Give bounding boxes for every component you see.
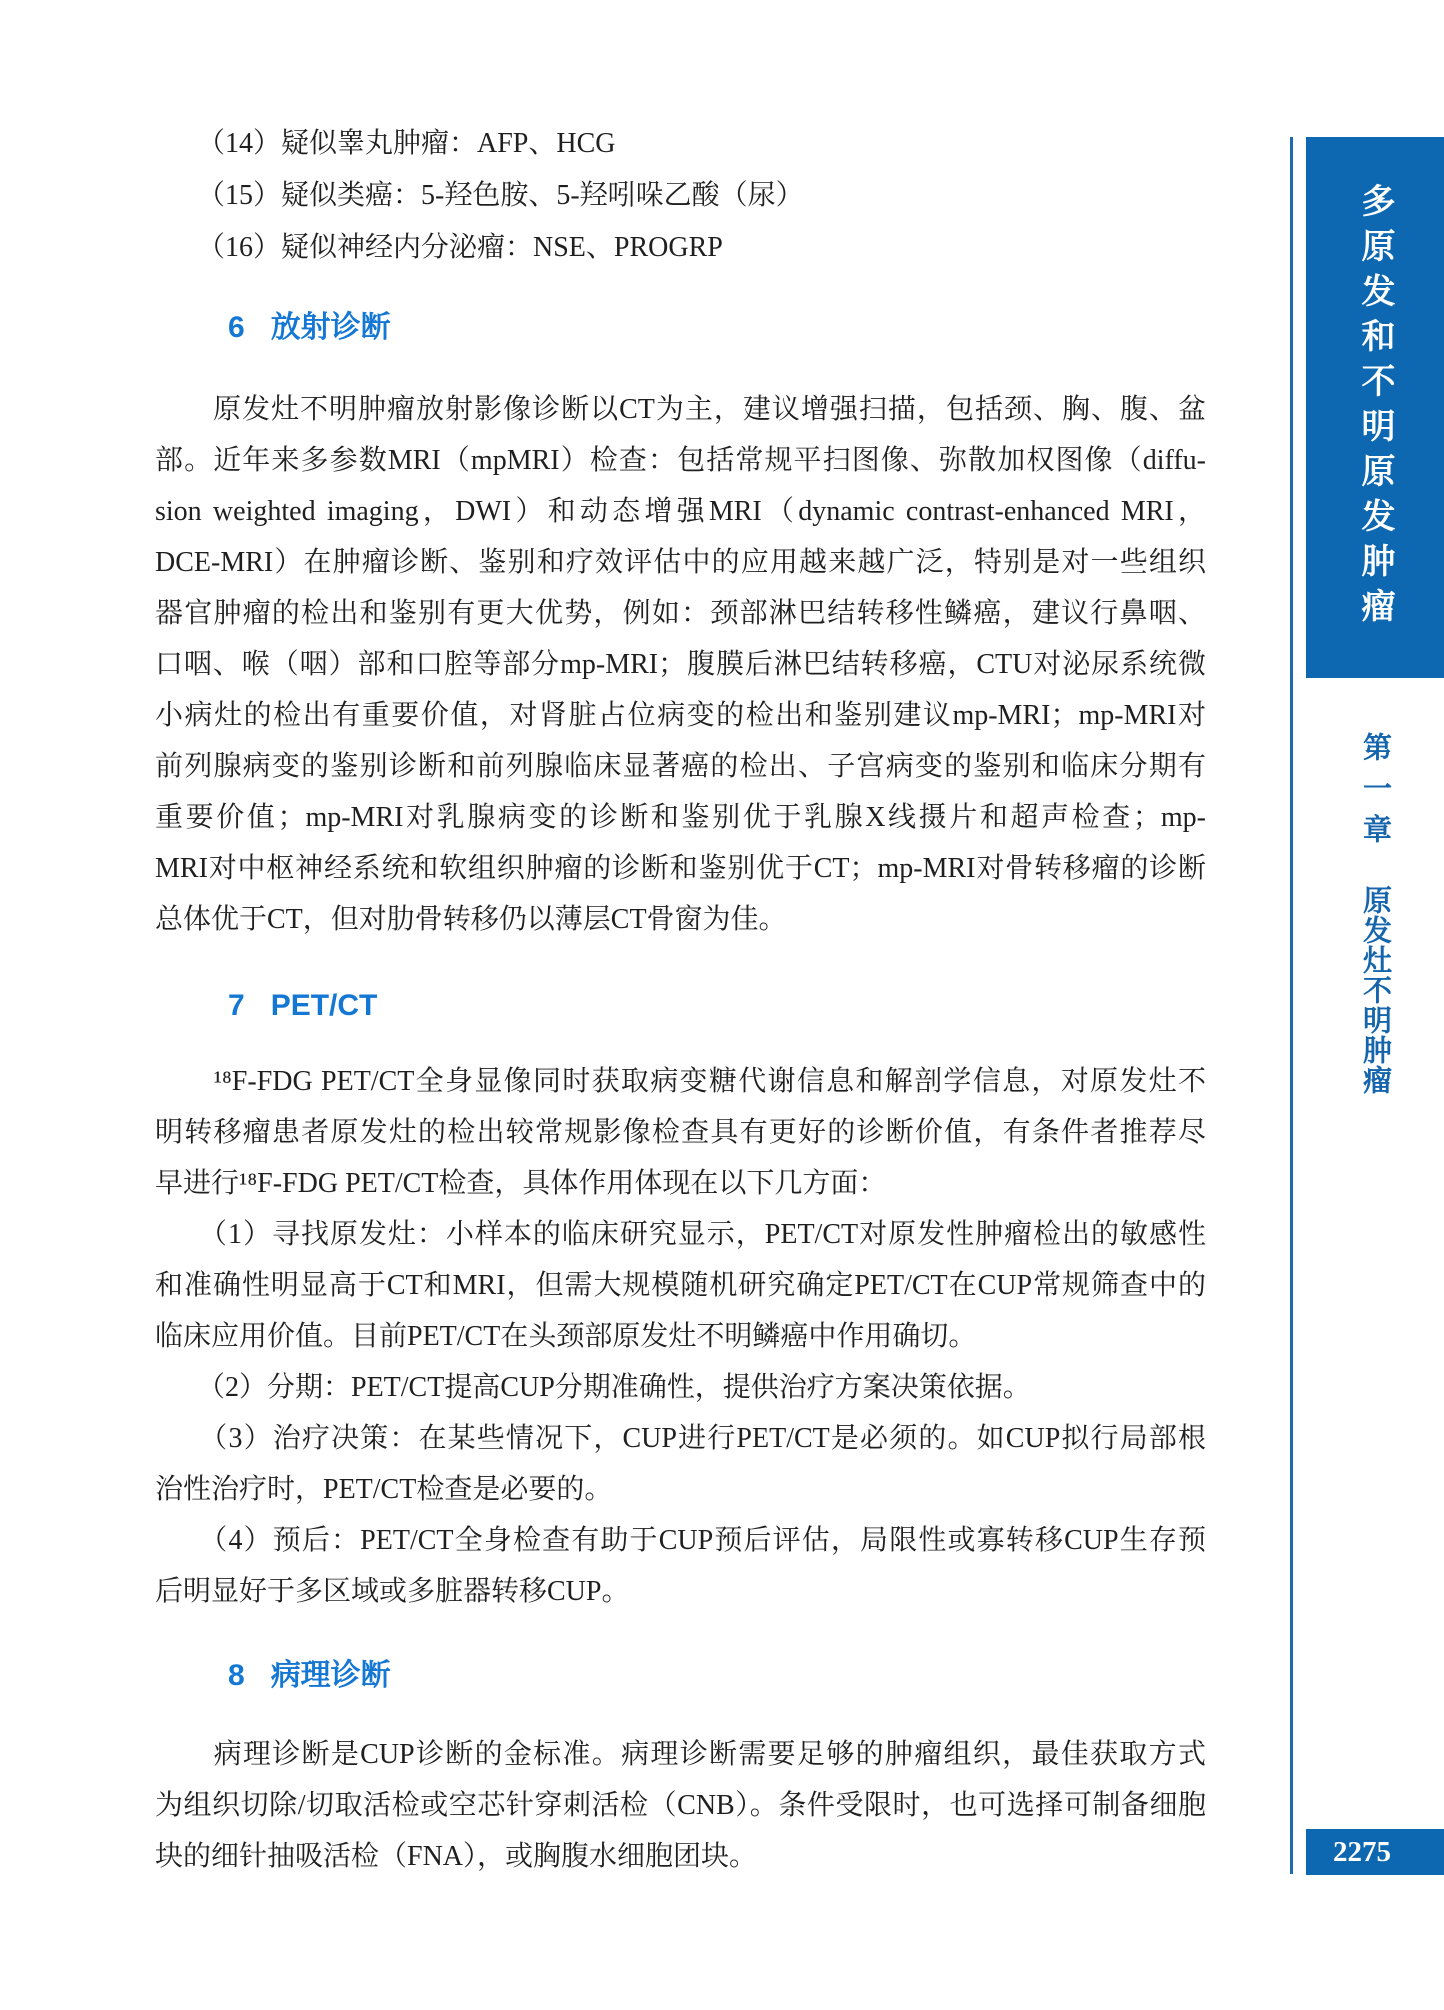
section-heading-pathology: 8病理诊断: [228, 1654, 391, 1698]
text-line: MRI对中枢神经系统和软组织肿瘤的诊断和鉴别优于CT；mp-MRI对骨转移瘤的诊…: [155, 843, 1206, 894]
text-line: 明转移瘤患者原发灶的检出较常规影像检查具有更好的诊断价值，有条件者推荐尽: [155, 1107, 1206, 1158]
section-title: 放射诊断: [271, 311, 391, 344]
text-line: （4）预后：PET/CT全身检查有助于CUP预后评估，局限性或寡转移CUP生存预: [155, 1515, 1206, 1566]
book-page: （14）疑似睾丸肿瘤：AFP、HCG （15）疑似类癌：5-羟色胺、5-羟吲哚乙…: [0, 0, 1444, 2010]
text-line: （3）治疗决策：在某些情况下，CUP进行PET/CT是必须的。如CUP拟行局部根: [155, 1413, 1206, 1464]
text-line: 重要价值；mp-MRI对乳腺病变的诊断和鉴别优于乳腺X线摄片和超声检查；mp-: [155, 792, 1206, 843]
text-line: 临床应用价值。目前PET/CT在头颈部原发灶不明鳞癌中作用确切。: [155, 1311, 1206, 1362]
text-line: （1）寻找原发灶：小样本的临床研究显示，PET/CT对原发性肿瘤检出的敏感性: [155, 1209, 1206, 1260]
text-line: 器官肿瘤的检出和鉴别有更大优势，例如：颈部淋巴结转移性鳞癌，建议行鼻咽、: [155, 588, 1206, 639]
list-item: （15）疑似类癌：5-羟色胺、5-羟吲哚乙酸（尿）: [155, 170, 1206, 222]
section-heading-radiology: 6放射诊断: [228, 306, 391, 350]
text-line: 治性治疗时，PET/CT检查是必要的。: [155, 1464, 1206, 1515]
chapter-sidebar: 第一章原发灶不明肿瘤: [1306, 732, 1444, 1095]
book-title-banner: 多原发和不明原发肿瘤: [1306, 137, 1444, 678]
section-title: 病理诊断: [271, 1659, 391, 1692]
chapter-vertical-text: 第一章原发灶不明肿瘤: [1355, 732, 1395, 1095]
section-pathology-paragraph: 病理诊断是CUP诊断的金标准。病理诊断需要足够的肿瘤组织，最佳获取方式 为组织切…: [155, 1729, 1206, 1882]
section-number: 7: [228, 984, 245, 1028]
list-item: （14）疑似睾丸肿瘤：AFP、HCG: [155, 118, 1206, 170]
text-line: 和准确性明显高于CT和MRI，但需大规模随机研究确定PET/CT在CUP常规筛查…: [155, 1260, 1206, 1311]
text-line: 原发灶不明肿瘤放射影像诊断以CT为主，建议增强扫描，包括颈、胸、腹、盆: [155, 384, 1206, 435]
section-number: 6: [228, 306, 245, 350]
text-line: DCE-MRI）在肿瘤诊断、鉴别和疗效评估中的应用越来越广泛，特别是对一些组织: [155, 537, 1206, 588]
text-line: 病理诊断是CUP诊断的金标准。病理诊断需要足够的肿瘤组织，最佳获取方式: [155, 1729, 1206, 1780]
book-title-vertical-text: 多原发和不明原发肿瘤: [1306, 183, 1444, 633]
text-line: 后明显好于多区域或多脏器转移CUP。: [155, 1566, 1206, 1617]
text-line: ¹⁸F-FDG PET/CT全身显像同时获取病变糖代谢信息和解剖学信息，对原发灶…: [155, 1056, 1206, 1107]
text-line: 总体优于CT，但对肋骨转移仍以薄层CT骨窗为佳。: [155, 894, 1206, 945]
text-line: sion weighted imaging，DWI）和动态增强MRI（dynam…: [155, 486, 1206, 537]
text-line: 部。近年来多参数MRI（mpMRI）检查：包括常规平扫图像、弥散加权图像（dif…: [155, 435, 1206, 486]
section-petct-paragraph: ¹⁸F-FDG PET/CT全身显像同时获取病变糖代谢信息和解剖学信息，对原发灶…: [155, 1056, 1206, 1617]
text-line: 前列腺病变的鉴别诊断和前列腺临床显著癌的检出、子宫病变的鉴别和临床分期有: [155, 741, 1206, 792]
section-number: 8: [228, 1654, 245, 1698]
text-line: 为组织切除/切取活检或空芯针穿刺活检（CNB）。条件受限时，也可选择可制备细胞: [155, 1780, 1206, 1831]
sidebar-vertical-rule: [1290, 137, 1293, 1874]
list-item: （16）疑似神经内分泌瘤：NSE、PROGRP: [155, 222, 1206, 274]
text-line: 小病灶的检出有重要价值，对肾脏占位病变的检出和鉴别建议mp-MRI；mp-MRI…: [155, 690, 1206, 741]
chapter-label: 第一章: [1359, 732, 1391, 855]
text-line: 口咽、喉（咽）部和口腔等部分mp-MRI；腹膜后淋巴结转移癌，CTU对泌尿系统微: [155, 639, 1206, 690]
text-line: 早进行¹⁸F-FDG PET/CT检查，具体作用体现在以下几方面：: [155, 1158, 1206, 1209]
section-heading-petct: 7PET/CT: [228, 984, 377, 1028]
section-title: PET/CT: [271, 989, 378, 1022]
text-line: （2）分期：PET/CT提高CUP分期准确性，提供治疗方案决策依据。: [155, 1362, 1206, 1413]
page-number-badge: 2275: [1306, 1829, 1444, 1875]
section-radiology-paragraph: 原发灶不明肿瘤放射影像诊断以CT为主，建议增强扫描，包括颈、胸、腹、盆 部。近年…: [155, 384, 1206, 945]
marker-list: （14）疑似睾丸肿瘤：AFP、HCG （15）疑似类癌：5-羟色胺、5-羟吲哚乙…: [155, 118, 1206, 274]
chapter-title: 原发灶不明肿瘤: [1359, 885, 1391, 1095]
text-line: 块的细针抽吸活检（FNA），或胸腹水细胞团块。: [155, 1831, 1206, 1882]
